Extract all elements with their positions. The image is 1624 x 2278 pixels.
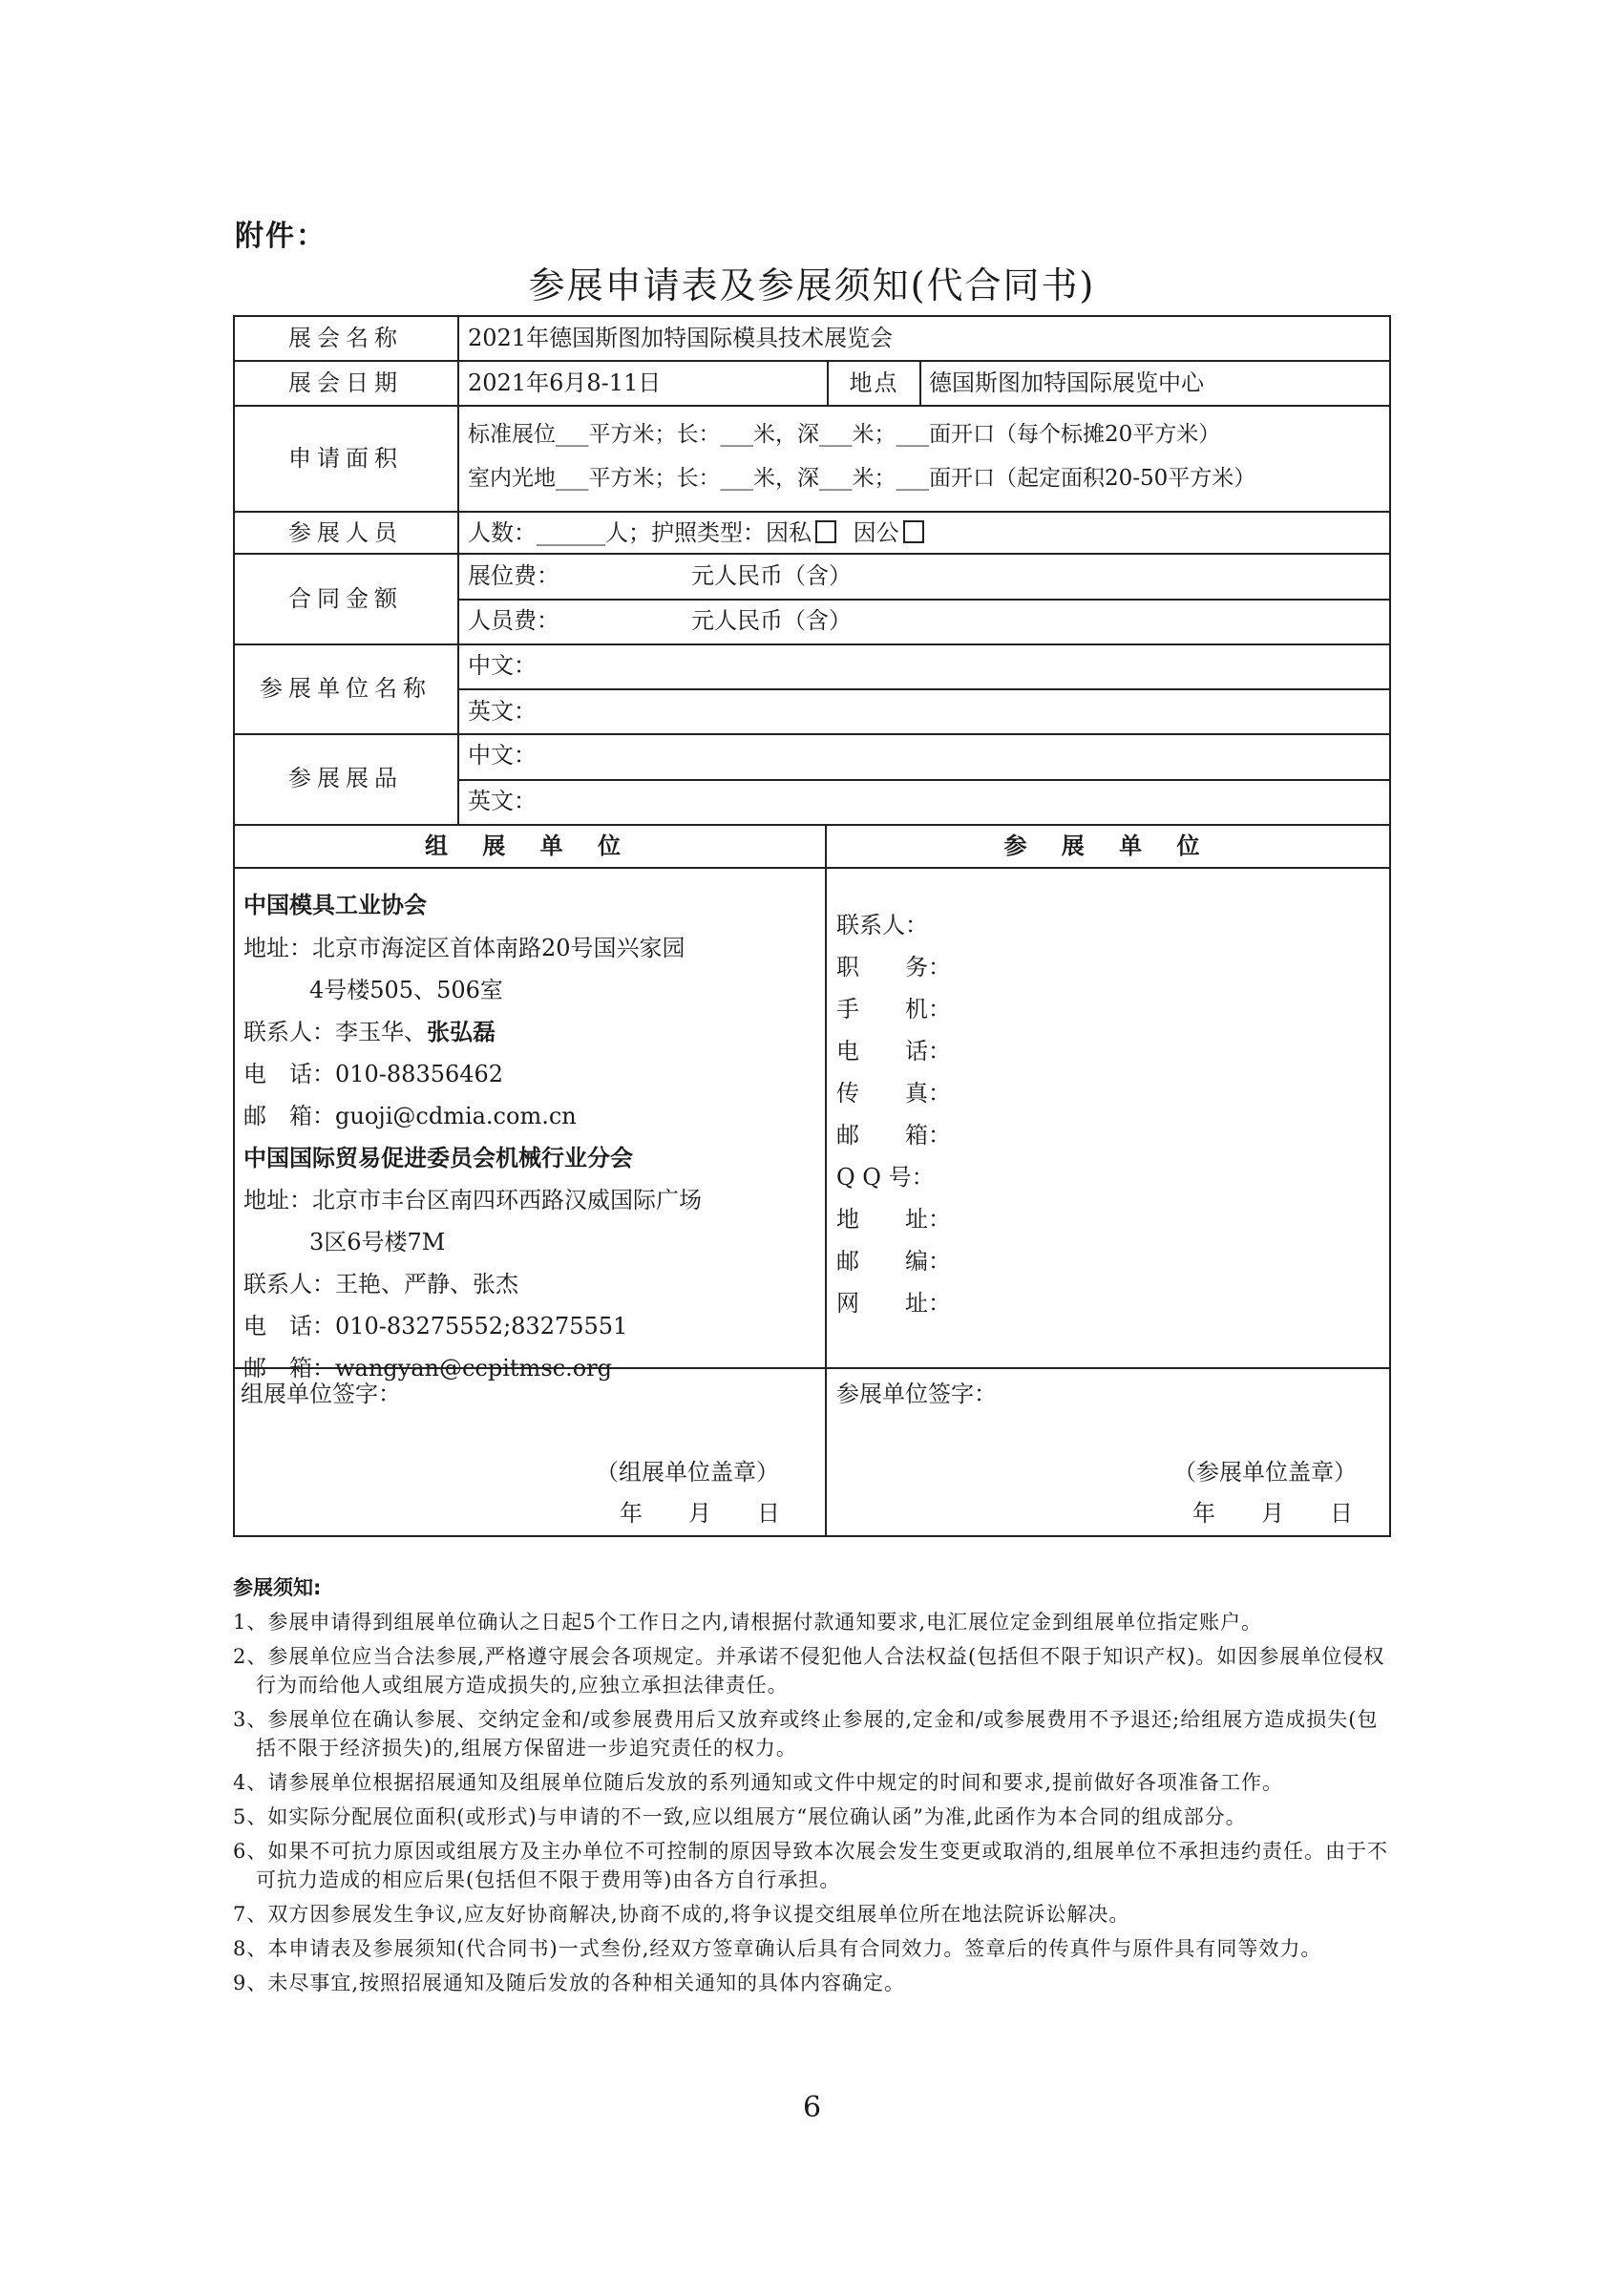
exhibitor-date-label: 年 月 日 [1192,1499,1353,1528]
location-label: 地点 [828,369,920,397]
terms-item: 7、双方因参展发生争议,应友好协商解决,协商不成的,将争议提交组展单位所在地法院… [233,1900,1398,1929]
public-passport-label: 因公 [854,519,899,546]
org1-email: 邮 箱：guoji@cdmia.com.cn [243,1102,577,1130]
personnel-row: 人数：______人；护照类型：因私 因公 [468,518,924,547]
area-label: 申请面积 [233,444,458,473]
org2-address-line2: 3区6号楼7M [309,1228,445,1256]
terms-item: 6、如果不可抗力原因或组展方及主办单位不可控制的原因导致本次展会发生变更或取消的… [233,1837,1398,1894]
area-raw-space[interactable]: 室内光地___平方米；长：___米，深___米；___面开口（起定面积20-50… [468,464,1255,493]
personnel-fee-unit[interactable]: 元人民币（含） [691,606,852,635]
exhibitor-field[interactable]: 电 话： [836,1037,951,1065]
terms-item: 9、未尽事宜,按照招展通知及随后发放的各种相关通知的具体内容确定。 [233,1969,1398,1997]
booth-fee-label: 展位费： [468,561,559,590]
org2-contact: 联系人：王艳、严静、张杰 [243,1270,518,1298]
terms-item: 3、参展单位在确认参展、交纳定金和/或参展费用后又放弃或终止参展的,定金和/或参… [233,1705,1398,1762]
contract-amount-label: 合同金额 [233,584,458,613]
application-form-table: 展会名称 2021年德国斯图加特国际模具技术展览会 展会日期 2021年6月8-… [233,315,1391,1537]
exhibitor-name-label: 参展单位名称 [233,674,458,703]
org1-phone: 电 话：010-88356462 [243,1060,503,1088]
org1-address-line1: 地址：北京市海淀区首体南路20号国兴家园 [243,934,685,962]
terms-item: 4、请参展单位根据招展通知及组展单位随后发放的系列通知或文件中规定的时间和要求,… [233,1768,1398,1797]
area-standard-booth[interactable]: 标准展位___平方米；长：___米，深___米；___面开口（每个标摊20平方米… [468,420,1220,449]
exhibitor-field[interactable]: 邮 箱： [836,1121,951,1150]
organizer-seal-label: （组展单位盖章） [596,1458,779,1487]
terms-heading: 参展须知: [233,1573,1398,1602]
organizer-date-label: 年 月 日 [620,1499,780,1528]
terms-item: 1、参展申请得到组展单位确认之日起5个工作日之内,请根据付款通知要求,电汇展位定… [233,1608,1398,1636]
exhibits-label: 参展展品 [233,764,458,792]
document-title: 参展申请表及参展须知(代合同书) [0,256,1624,308]
exhibitor-field[interactable]: 邮 编： [836,1247,951,1276]
exhibitor-name-en-field[interactable]: 英文： [468,697,537,726]
public-passport-checkbox[interactable] [903,520,924,543]
exhibitor-signature-label[interactable]: 参展单位签字： [836,1380,997,1408]
private-passport-checkbox[interactable] [815,520,836,543]
terms-item: 8、本申请表及参展须知(代合同书)一式叁份,经双方签章确认后具有合同效力。签章后… [233,1934,1398,1963]
terms-section: 参展须知: 1、参展申请得到组展单位确认之日起5个工作日之内,请根据付款通知要求… [233,1573,1398,2003]
org2-email: 邮 箱：wangyan@ccpitmsc.org [243,1354,612,1382]
personnel-label: 参展人员 [233,518,458,547]
exhibitor-field[interactable]: 地 址： [836,1205,951,1234]
exhibition-date-value: 2021年6月8-11日 [468,369,661,397]
exhibition-name-label: 展会名称 [233,324,458,352]
exhibits-cn-field[interactable]: 中文： [468,741,537,770]
org1-address-line2: 4号楼505、506室 [309,976,503,1004]
personnel-count-text[interactable]: 人数：______人；护照类型：因私 [468,519,812,546]
page-number: 6 [0,2091,1624,2124]
org2-phone: 电 话：010-83275552;83275551 [243,1312,627,1340]
attachment-label: 附件： [235,212,327,254]
exhibitor-field[interactable]: Q Q 号： [836,1163,935,1192]
org2-address-line1: 地址：北京市丰台区南四环西路汉威国际广场 [243,1186,702,1214]
terms-item: 2、参展单位应当合法参展,严格遵守展会各项规定。并承诺不侵犯他人合法权益(包括但… [233,1642,1398,1699]
org2-name: 中国国际贸易促进委员会机械行业分会 [243,1144,633,1172]
location-value: 德国斯图加特国际展览中心 [929,369,1204,397]
exhibitor-name-cn-field[interactable]: 中文： [468,651,537,680]
exhibitor-field[interactable]: 职 务： [836,953,951,981]
org1-contact: 联系人：李玉华、张弘磊 [243,1018,496,1046]
exhibitor-field[interactable]: 网 址： [836,1289,951,1318]
exhibition-date-label: 展会日期 [233,369,458,397]
booth-fee-unit[interactable]: 元人民币（含） [691,561,852,590]
personnel-fee-label: 人员费： [468,606,559,635]
exhibition-name-value: 2021年德国斯图加特国际模具技术展览会 [468,324,893,352]
exhibitor-header: 参 展 单 位 [826,832,1391,860]
terms-item: 5、如实际分配展位面积(或形式)与申请的不一致,应以组展方“展位确认函”为准,此… [233,1803,1398,1831]
exhibitor-field[interactable]: 手 机： [836,995,951,1023]
exhibits-en-field[interactable]: 英文： [468,787,537,815]
exhibitor-seal-label: （参展单位盖章） [1173,1458,1357,1487]
exhibitor-field[interactable]: 联系人： [836,911,928,939]
organizer-header: 组 展 单 位 [233,832,826,860]
exhibitor-field[interactable]: 传 真： [836,1079,951,1107]
org1-name: 中国模具工业协会 [243,891,427,919]
organizer-signature-label[interactable]: 组展单位签字： [241,1380,401,1408]
